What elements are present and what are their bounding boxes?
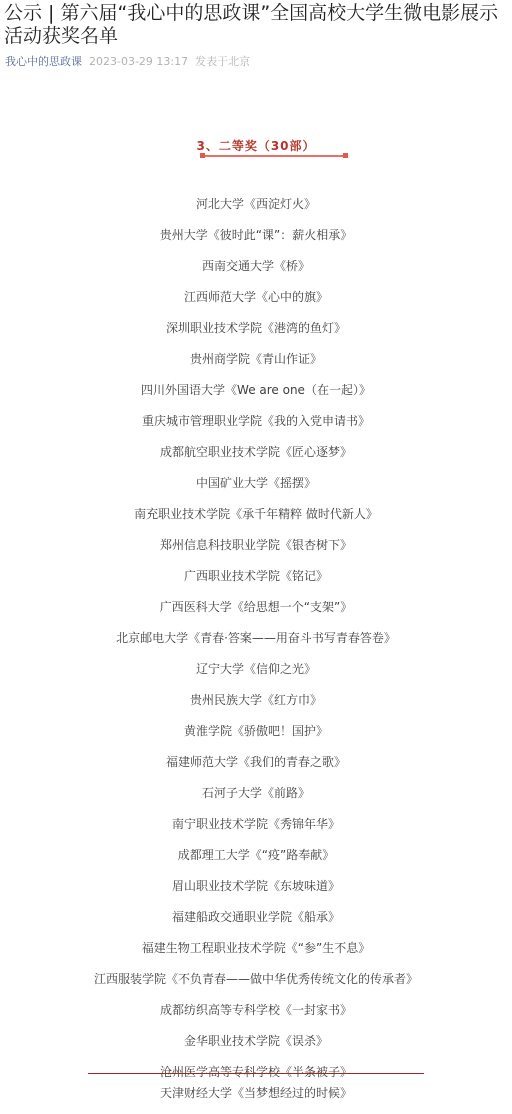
account-name-link[interactable]: 我心中的思政课	[5, 55, 82, 68]
award-item: 江西师范大学《心中的旗》	[0, 287, 512, 318]
award-item: 四川外国语大学《We are one（在一起）》	[0, 380, 512, 411]
award-item: 北京邮电大学《青春·答案——用奋斗书写青春答卷》	[0, 628, 512, 659]
award-item: 黄淮学院《骄傲吧！国护》	[0, 721, 512, 752]
award-item: 福建船政交通职业学院《船承》	[0, 907, 512, 938]
award-item: 石河子大学《前路》	[0, 783, 512, 814]
article-title: 公示 | 第六届“我心中的思政课”全国高校大学生微电影展示活动获奖名单	[4, 2, 510, 48]
award-item: 成都航空职业技术学院《匠心逐梦》	[0, 442, 512, 473]
award-item: 贵州民族大学《红方巾》	[0, 690, 512, 721]
section-header-underline	[202, 155, 346, 157]
section-header: 3、二等奖（30部）	[0, 135, 512, 154]
award-item: 眉山职业技术学院《东坡味道》	[0, 876, 512, 907]
award-list: 河北大学《西淀灯火》 贵州大学《彼时此“课”：薪火相承》 西南交通大学《桥》 江…	[0, 194, 512, 1093]
award-item: 重庆城市管理职业学院《我的入党申请书》	[0, 411, 512, 442]
article-meta: 我心中的思政课2023-03-29 13:17发表于北京	[5, 55, 250, 69]
award-item: 贵州大学《彼时此“课”：薪火相承》	[0, 225, 512, 256]
award-item: 成都纺织高等专科学校《一封家书》	[0, 1000, 512, 1031]
award-item: 南充职业技术学院《承千年精粹 做时代新人》	[0, 504, 512, 535]
award-item: 广西职业技术学院《铭记》	[0, 566, 512, 597]
award-item: 福建生物工程职业技术学院《“参”生不息》	[0, 938, 512, 969]
award-item: 郑州信息科技职业学院《银杏树下》	[0, 535, 512, 566]
award-item: 西南交通大学《桥》	[0, 256, 512, 287]
award-item: 辽宁大学《信仰之光》	[0, 659, 512, 690]
award-item: 深圳职业技术学院《港湾的鱼灯》	[0, 318, 512, 349]
award-item: 广西医科大学《给思想一个“支架”》	[0, 597, 512, 628]
award-item: 河北大学《西淀灯火》	[0, 194, 512, 225]
publish-time: 2023-03-29 13:17	[89, 55, 188, 68]
award-item: 成都理工大学《“疫”路奉献》	[0, 845, 512, 876]
section-header-label: 3、二等奖（30部）	[196, 138, 315, 154]
award-item: 贵州商学院《青山作证》	[0, 349, 512, 380]
award-item: 南宁职业技术学院《秀锦年华》	[0, 814, 512, 845]
award-item: 天津财经大学《当梦想经过的时候》	[0, 1083, 512, 1103]
publish-location: 发表于北京	[195, 55, 250, 68]
award-item: 金华职业技术学院《误杀》	[0, 1031, 512, 1062]
award-item: 福建师范大学《我们的青春之歌》	[0, 752, 512, 783]
award-item: 江西服装学院《不负青春——做中华优秀传统文化的传承者》	[0, 969, 512, 1000]
award-item: 中国矿业大学《摇摆》	[0, 473, 512, 504]
red-divider-line	[88, 1073, 424, 1074]
